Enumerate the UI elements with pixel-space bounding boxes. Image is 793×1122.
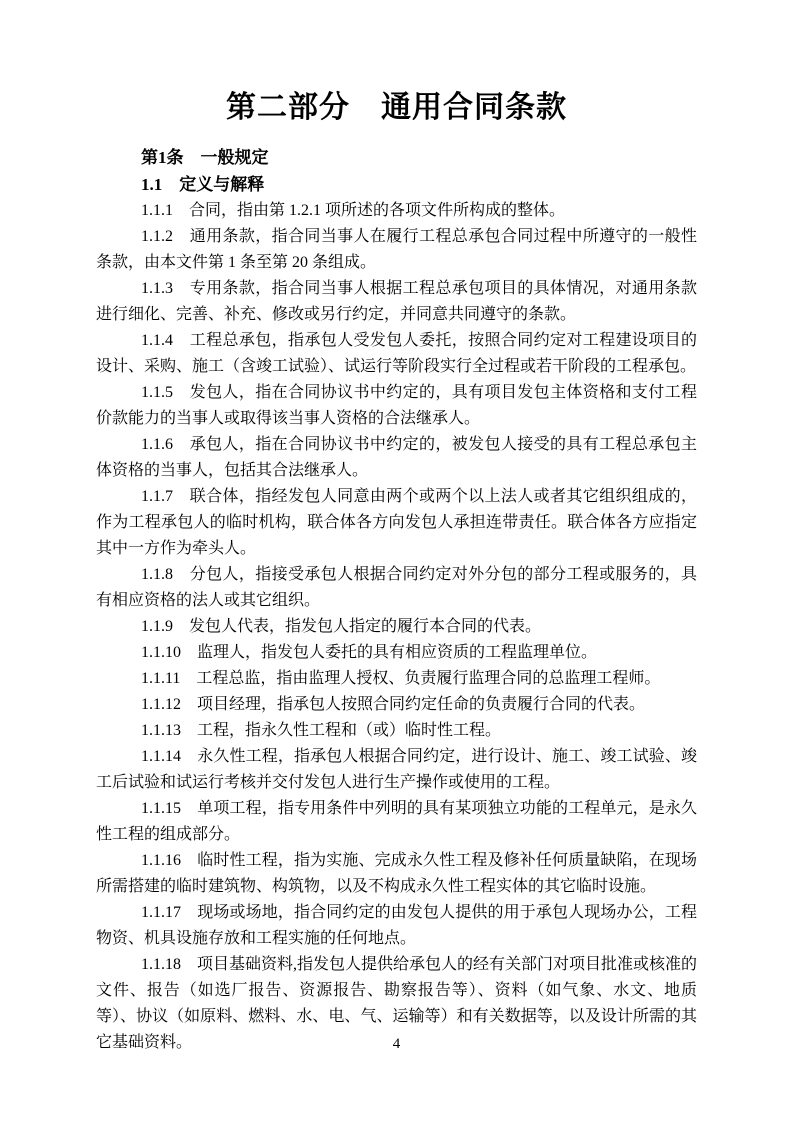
clause-paragraph: 1.1.15 单项工程，指专用条件中列明的具有某项独立功能的工程单元，是永久性工… xyxy=(96,796,697,848)
clause-paragraph: 1.1.14 永久性工程，指承包人根据合同约定，进行设计、施工、竣工试验、竣工后… xyxy=(96,744,697,796)
clause-paragraph: 1.1.4 工程总承包，指承包人受发包人委托，按照合同约定对工程建设项目的设计、… xyxy=(96,328,697,380)
clause-paragraph: 1.1.11 工程总监，指由监理人授权、负责履行监理合同的总监理工程师。 xyxy=(96,666,697,692)
section-heading: 1.1 定义与解释 xyxy=(96,171,697,198)
clause-paragraph: 1.1.8 分包人，指接受承包人根据合同约定对外分包的部分工程或服务的，具有相应… xyxy=(96,562,697,614)
clause-paragraph: 1.1.12 项目经理，指承包人按照合同约定任命的负责履行合同的代表。 xyxy=(96,692,697,718)
clause-paragraph: 1.1.5 发包人，指在合同协议书中约定的，具有项目发包主体资格和支付工程价款能… xyxy=(96,380,697,432)
clause-paragraph: 1.1.10 监理人，指发包人委托的具有相应资质的工程监理单位。 xyxy=(96,640,697,666)
clause-paragraph: 1.1.7 联合体，指经发包人同意由两个或两个以上法人或者其它组织组成的，作为工… xyxy=(96,484,697,562)
page-number: 4 xyxy=(0,1035,793,1053)
clause-paragraph: 1.1.9 发包人代表，指发包人指定的履行本合同的代表。 xyxy=(96,614,697,640)
clause-paragraph: 1.1.6 承包人，指在合同协议书中约定的，被发包人接受的具有工程总承包主体资格… xyxy=(96,432,697,484)
document-body: 第1条 一般规定1.1 定义与解释1.1.1 合同，指由第 1.2.1 项所述的… xyxy=(96,144,697,1056)
clause-paragraph: 1.1.3 专用条款，指合同当事人根据工程总承包项目的具体情况，对通用条款进行细… xyxy=(96,276,697,328)
clause-paragraph: 1.1.1 合同，指由第 1.2.1 项所述的各项文件所构成的整体。 xyxy=(96,198,697,224)
clause-paragraph: 1.1.2 通用条款，指合同当事人在履行工程总承包合同过程中所遵守的一般性条款，… xyxy=(96,224,697,276)
clause-paragraph: 1.1.17 现场或场地，指合同约定的由发包人提供的用于承包人现场办公，工程物资… xyxy=(96,900,697,952)
section-heading: 第1条 一般规定 xyxy=(96,144,697,171)
clause-paragraph: 1.1.16 临时性工程，指为实施、完成永久性工程及修补任何质量缺陷，在现场所需… xyxy=(96,848,697,900)
document-page: 第二部分 通用合同条款 第1条 一般规定1.1 定义与解释1.1.1 合同，指由… xyxy=(96,86,697,1056)
clause-paragraph: 1.1.13 工程，指永久性工程和（或）临时性工程。 xyxy=(96,718,697,744)
document-title: 第二部分 通用合同条款 xyxy=(96,86,697,130)
